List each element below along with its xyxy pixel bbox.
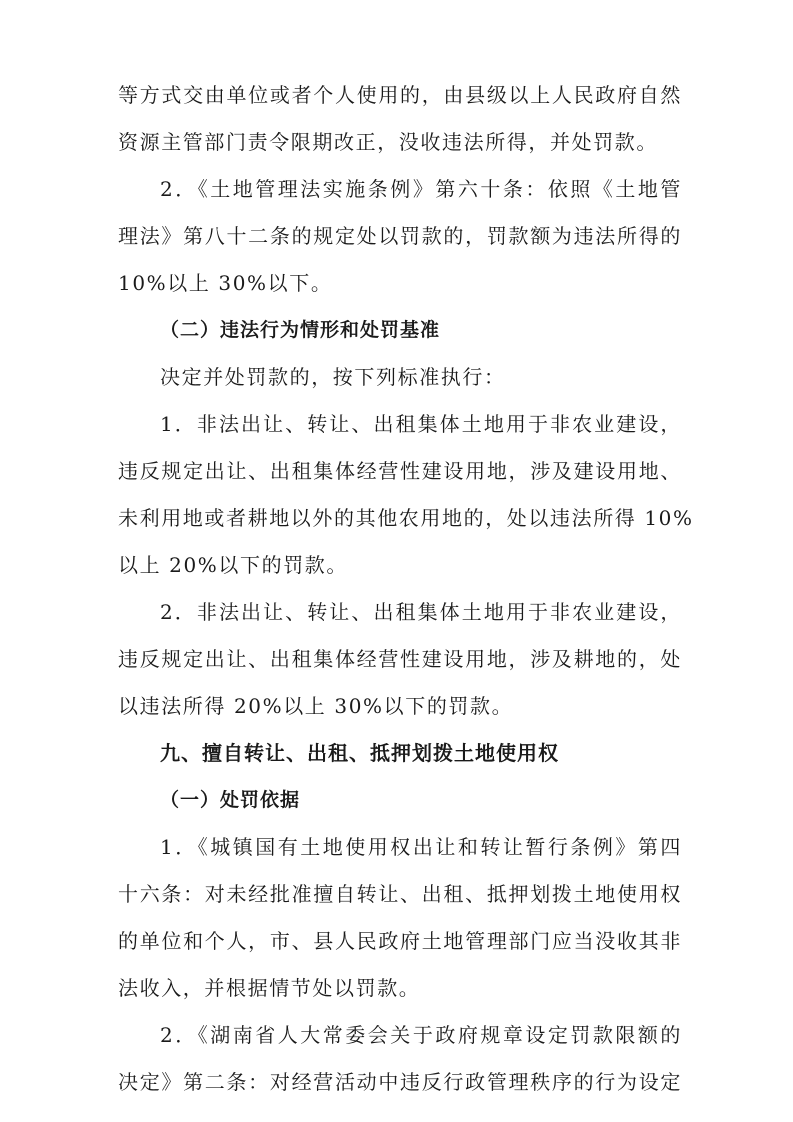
- body-line: 未利用地或者耕地以外的其他农用地的，处以违法所得 10%: [118, 503, 682, 533]
- body-line: 的单位和个人，市、县人民政府土地管理部门应当没收其非: [118, 926, 682, 956]
- document-page: 等方式交由单位或者个人使用的，由县级以上人民政府自然 资源主管部门责令限期改正，…: [0, 0, 793, 1122]
- body-line: 理法》第八十二条的规定处以罚款的，罚款额为违法所得的: [118, 221, 682, 251]
- clause-line: 2．《湖南省人大常委会关于政府规章设定罚款限额的: [160, 1020, 682, 1050]
- clause-line: 1．非法出让、转让、出租集体土地用于非农业建设，: [160, 409, 682, 439]
- body-line: 决定并处罚款的，按下列标准执行：: [160, 362, 682, 392]
- body-line: 法收入，并根据情节处以罚款。: [118, 973, 682, 1003]
- clause-line: 1．《城镇国有土地使用权出让和转让暂行条例》第四: [160, 832, 682, 862]
- body-line: 等方式交由单位或者个人使用的，由县级以上人民政府自然: [118, 80, 682, 110]
- section-heading: 九、擅自转让、出租、抵押划拨土地使用权: [160, 738, 724, 768]
- body-line: 违反规定出让、出租集体经营性建设用地，涉及建设用地、: [118, 456, 682, 486]
- body-line: 资源主管部门责令限期改正，没收违法所得，并处罚款。: [118, 127, 682, 157]
- body-line: 违反规定出让、出租集体经营性建设用地，涉及耕地的，处: [118, 644, 682, 674]
- body-line: 十六条：对未经批准擅自转让、出租、抵押划拨土地使用权: [118, 879, 682, 909]
- body-line: 10%以上 30%以下。: [118, 268, 682, 298]
- body-line: 以上 20%以下的罚款。: [118, 550, 682, 580]
- section-subheading: （一）处罚依据: [160, 785, 724, 815]
- clause-line: 2．《土地管理法实施条例》第六十条：依照《土地管: [160, 174, 682, 204]
- clause-line: 2．非法出让、转让、出租集体土地用于非农业建设，: [160, 597, 682, 627]
- body-line: 以违法所得 20%以上 30%以下的罚款。: [118, 691, 682, 721]
- body-line: 决定》第二条：对经营活动中违反行政管理秩序的行为设定: [118, 1067, 682, 1097]
- section-subheading: （二）违法行为情形和处罚基准: [160, 315, 724, 345]
